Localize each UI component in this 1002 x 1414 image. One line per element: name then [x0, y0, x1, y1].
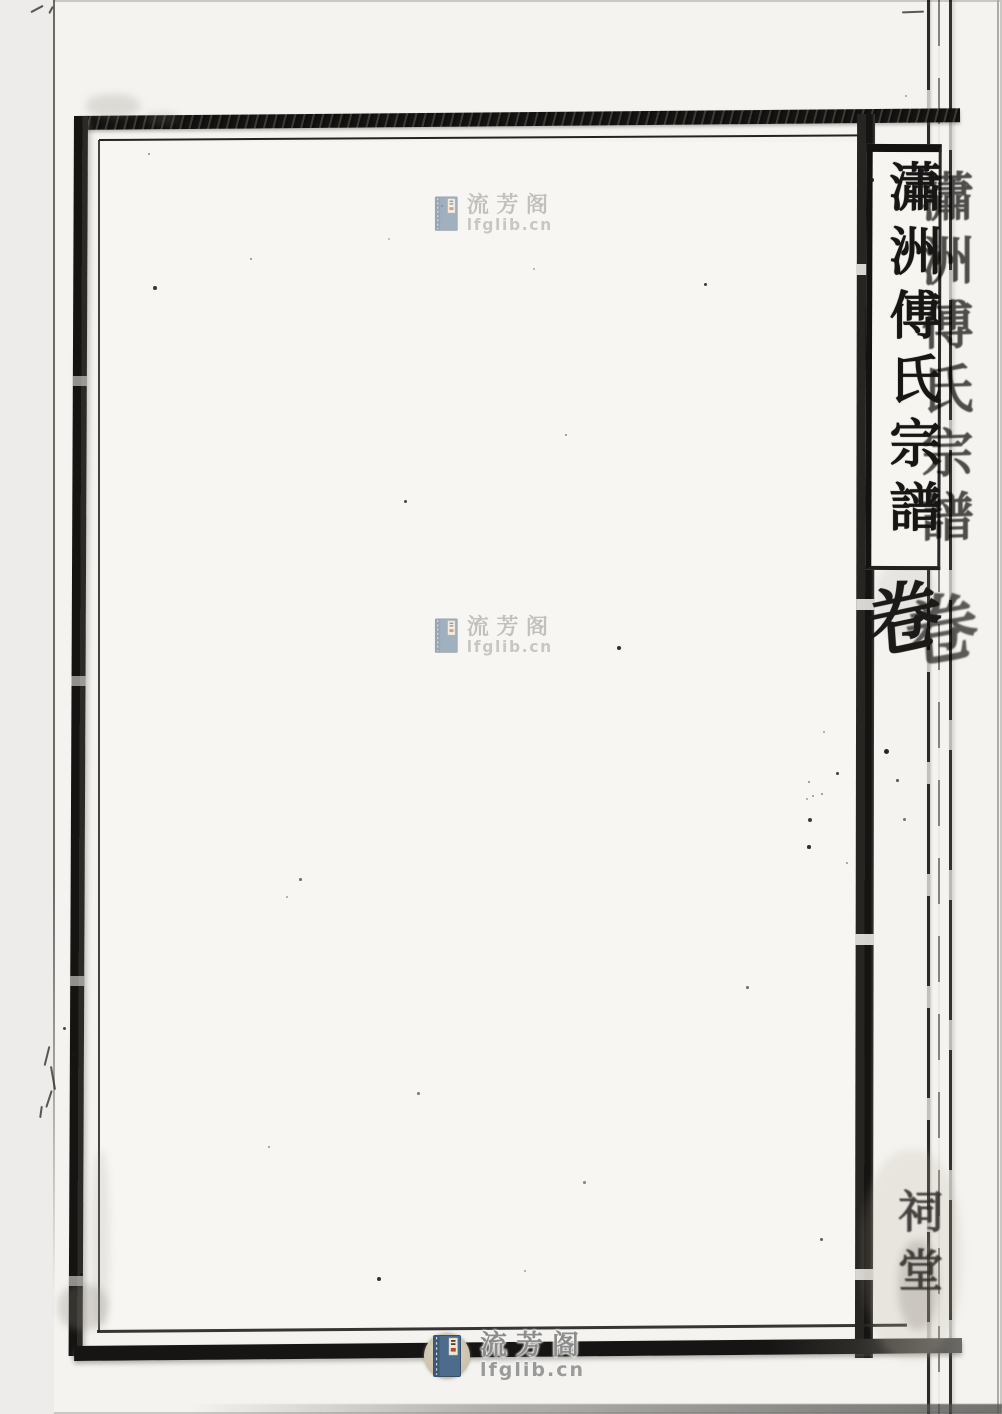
ink-speck: [153, 286, 157, 290]
book-title-vertical: 瀟洲傅氏宗譜: [872, 160, 947, 544]
stray-stroke: [48, 6, 54, 14]
ink-speck: [808, 781, 810, 783]
site-watermark: 流芳阁 lfglib.cn: [434, 194, 555, 233]
ink-smudge: [86, 94, 140, 118]
watermark-site-url: lfglib.cn: [467, 218, 556, 234]
ink-speck: [533, 268, 535, 270]
ink-speck: [524, 1270, 526, 1272]
ink-speck: [884, 749, 889, 754]
ink-speck: [377, 1277, 381, 1281]
ink-speck: [812, 795, 814, 797]
ink-speck: [404, 500, 407, 503]
ink-speck: [704, 283, 707, 286]
ink-speck: [823, 731, 825, 733]
scanned-genealogy-cover-page: 瀟洲傅氏宗譜 瀟洲傅氏宗譜 卷 卷 祠堂 流芳阁 lfglib.c: [0, 0, 1002, 1414]
watermark-site-url: lfglib.cn: [480, 1361, 588, 1380]
stray-stroke: [902, 11, 924, 14]
ink-speck: [846, 862, 848, 864]
ink-speck: [63, 1027, 66, 1030]
stray-stroke: [30, 5, 43, 13]
ink-speck: [565, 434, 567, 436]
ink-speck: [903, 818, 906, 821]
ink-speck: [80, 1273, 83, 1276]
watermark-badge-circle: [434, 617, 459, 655]
ink-speck: [617, 646, 621, 650]
watermark-brand-name: 流芳阁: [467, 194, 556, 216]
site-watermark: 流芳阁 lfglib.cn: [434, 616, 555, 655]
thread-bound-book-icon: [435, 196, 458, 230]
ink-speck: [806, 798, 808, 800]
ink-speck: [148, 153, 150, 155]
ink-speck: [299, 878, 302, 881]
scan-right-edge: [997, 0, 999, 1414]
watermark-text: 流芳阁 lfglib.cn: [480, 1332, 588, 1380]
stray-stroke: [50, 1066, 56, 1090]
thread-bound-book-icon: [435, 618, 458, 652]
ink-speck: [583, 1181, 586, 1184]
watermark-site-url: lfglib.cn: [467, 640, 556, 656]
watermark-badge-circle: [424, 1333, 470, 1379]
stray-stroke: [45, 1090, 52, 1108]
ink-speck: [807, 845, 811, 849]
ink-smudge: [58, 1284, 108, 1330]
watermark-brand-name: 流芳阁: [467, 616, 556, 638]
watermark-badge-circle: [434, 195, 459, 233]
ink-speck: [286, 896, 288, 898]
ink-speck: [905, 95, 907, 97]
volume-character: 卷: [863, 550, 945, 676]
watermark-text: 流芳阁 lfglib.cn: [467, 194, 556, 233]
ink-speck: [388, 238, 390, 240]
thread-bound-book-icon: [433, 1335, 461, 1377]
ink-speck: [820, 1238, 823, 1241]
ink-speck: [70, 1071, 73, 1074]
stray-stroke: [44, 1046, 51, 1066]
site-watermark: 流芳阁 lfglib.cn: [424, 1332, 588, 1380]
ink-speck: [268, 1146, 270, 1148]
ink-speck: [417, 1092, 420, 1095]
ink-speck: [746, 986, 749, 989]
ink-smudge: [145, 112, 179, 124]
ink-speck: [870, 178, 874, 182]
watermark-text: 流芳阁 lfglib.cn: [467, 616, 556, 655]
watermark-brand-name: 流芳阁: [480, 1332, 588, 1359]
ink-speck: [836, 772, 839, 775]
ink-speck: [896, 779, 899, 782]
ink-speck: [72, 1053, 75, 1056]
hall-mark-characters: 祠堂: [884, 1188, 949, 1306]
stray-stroke: [39, 1106, 43, 1118]
ink-speck: [821, 793, 823, 795]
ink-speck: [808, 818, 812, 822]
scan-bottom-shadow: [190, 1404, 1002, 1414]
ink-speck: [250, 258, 252, 260]
